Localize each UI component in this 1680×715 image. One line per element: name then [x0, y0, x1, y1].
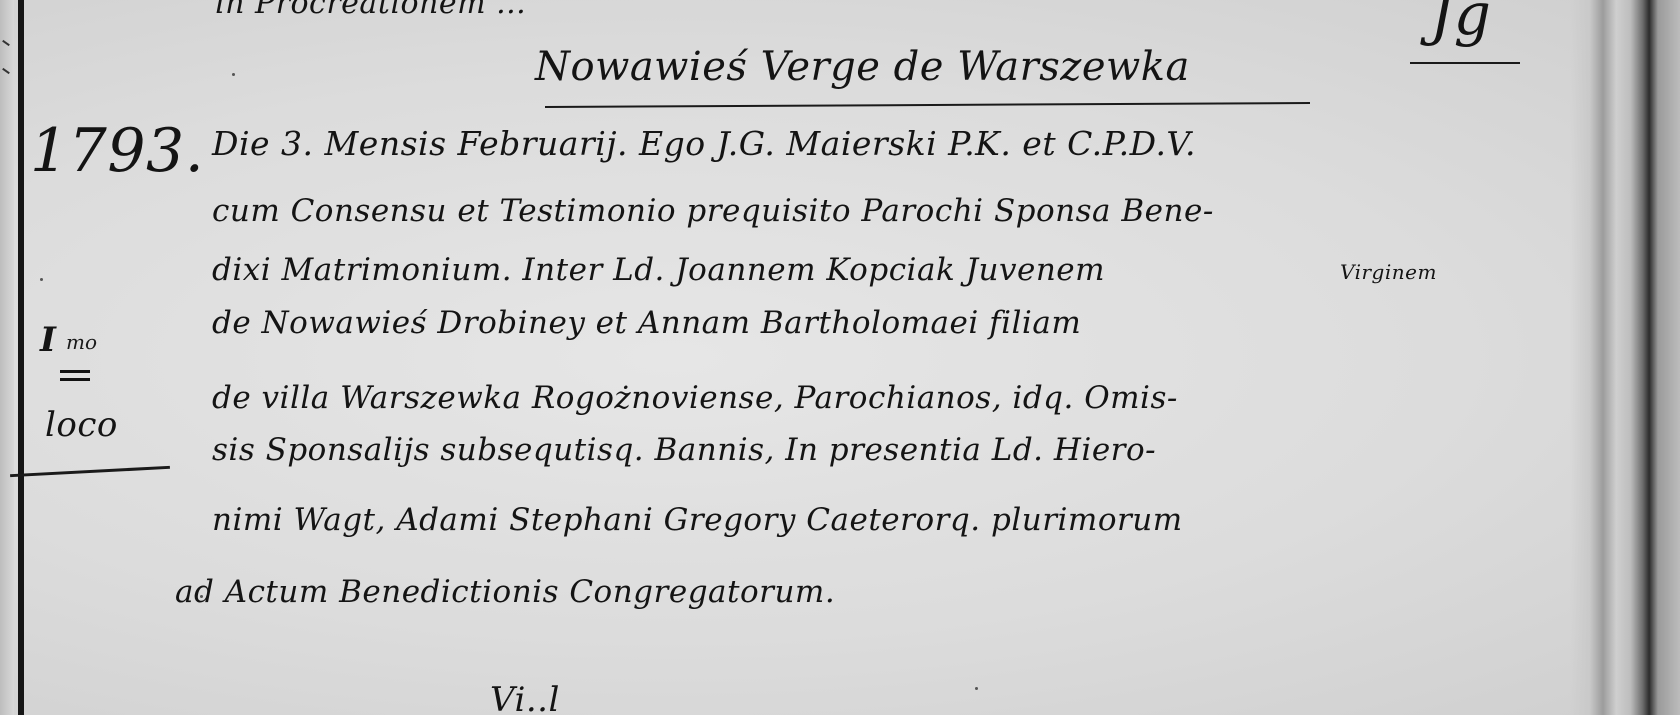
margin-year: 1793.	[30, 116, 204, 186]
body-line-6: sis Sponsalijs subsequtisq. Bannis, In p…	[212, 432, 1156, 468]
body-line-7: nimi Wagt, Adami Stephani Gregory Caeter…	[212, 502, 1183, 538]
interlinear-insertion: Virginem	[1340, 260, 1437, 284]
margin-separator	[10, 466, 170, 477]
margin-rule	[18, 0, 24, 715]
paper-speck	[975, 687, 978, 690]
top-partial-line: in Procreationem ...	[215, 0, 526, 21]
page-gutter	[1570, 0, 1680, 715]
paper-speck	[200, 595, 203, 598]
manuscript-page: in Procreationem ... Jg Nowawieś Verge d…	[0, 0, 1680, 715]
heading-underline	[545, 102, 1310, 108]
margin-loco: loco	[45, 405, 118, 445]
body-line-1: Die 3. Mensis Februarij. Ego J.G. Maiers…	[212, 124, 1196, 163]
ordinal-underline	[60, 378, 90, 381]
body-line-4: de Nowawieś Drobiney et Annam Bartholoma…	[212, 305, 1081, 341]
paper-speck	[232, 73, 235, 76]
body-line-3: dixi Matrimonium. Inter Ld. Joannem Kopc…	[212, 252, 1105, 288]
body-line-5: de villa Warszewka Rogożnoviense, Paroch…	[212, 380, 1178, 416]
body-line-2: cum Consensu et Testimonio prequisito Pa…	[212, 193, 1214, 229]
body-line-8: ad Actum Benedictionis Congregatorum.	[175, 574, 835, 610]
margin-ordinal: I	[40, 320, 56, 360]
page-left-edge	[0, 0, 14, 715]
bottom-partial-line: Vi..l	[490, 680, 560, 715]
paper-speck	[40, 278, 43, 281]
ordinal-underline	[60, 370, 90, 373]
margin-ordinal-superscript: mo	[66, 330, 97, 354]
top-right-rule	[1410, 62, 1520, 64]
top-right-fragment: Jg	[1430, 0, 1491, 48]
entry-heading: Nowawieś Verge de Warszewka	[535, 44, 1190, 90]
